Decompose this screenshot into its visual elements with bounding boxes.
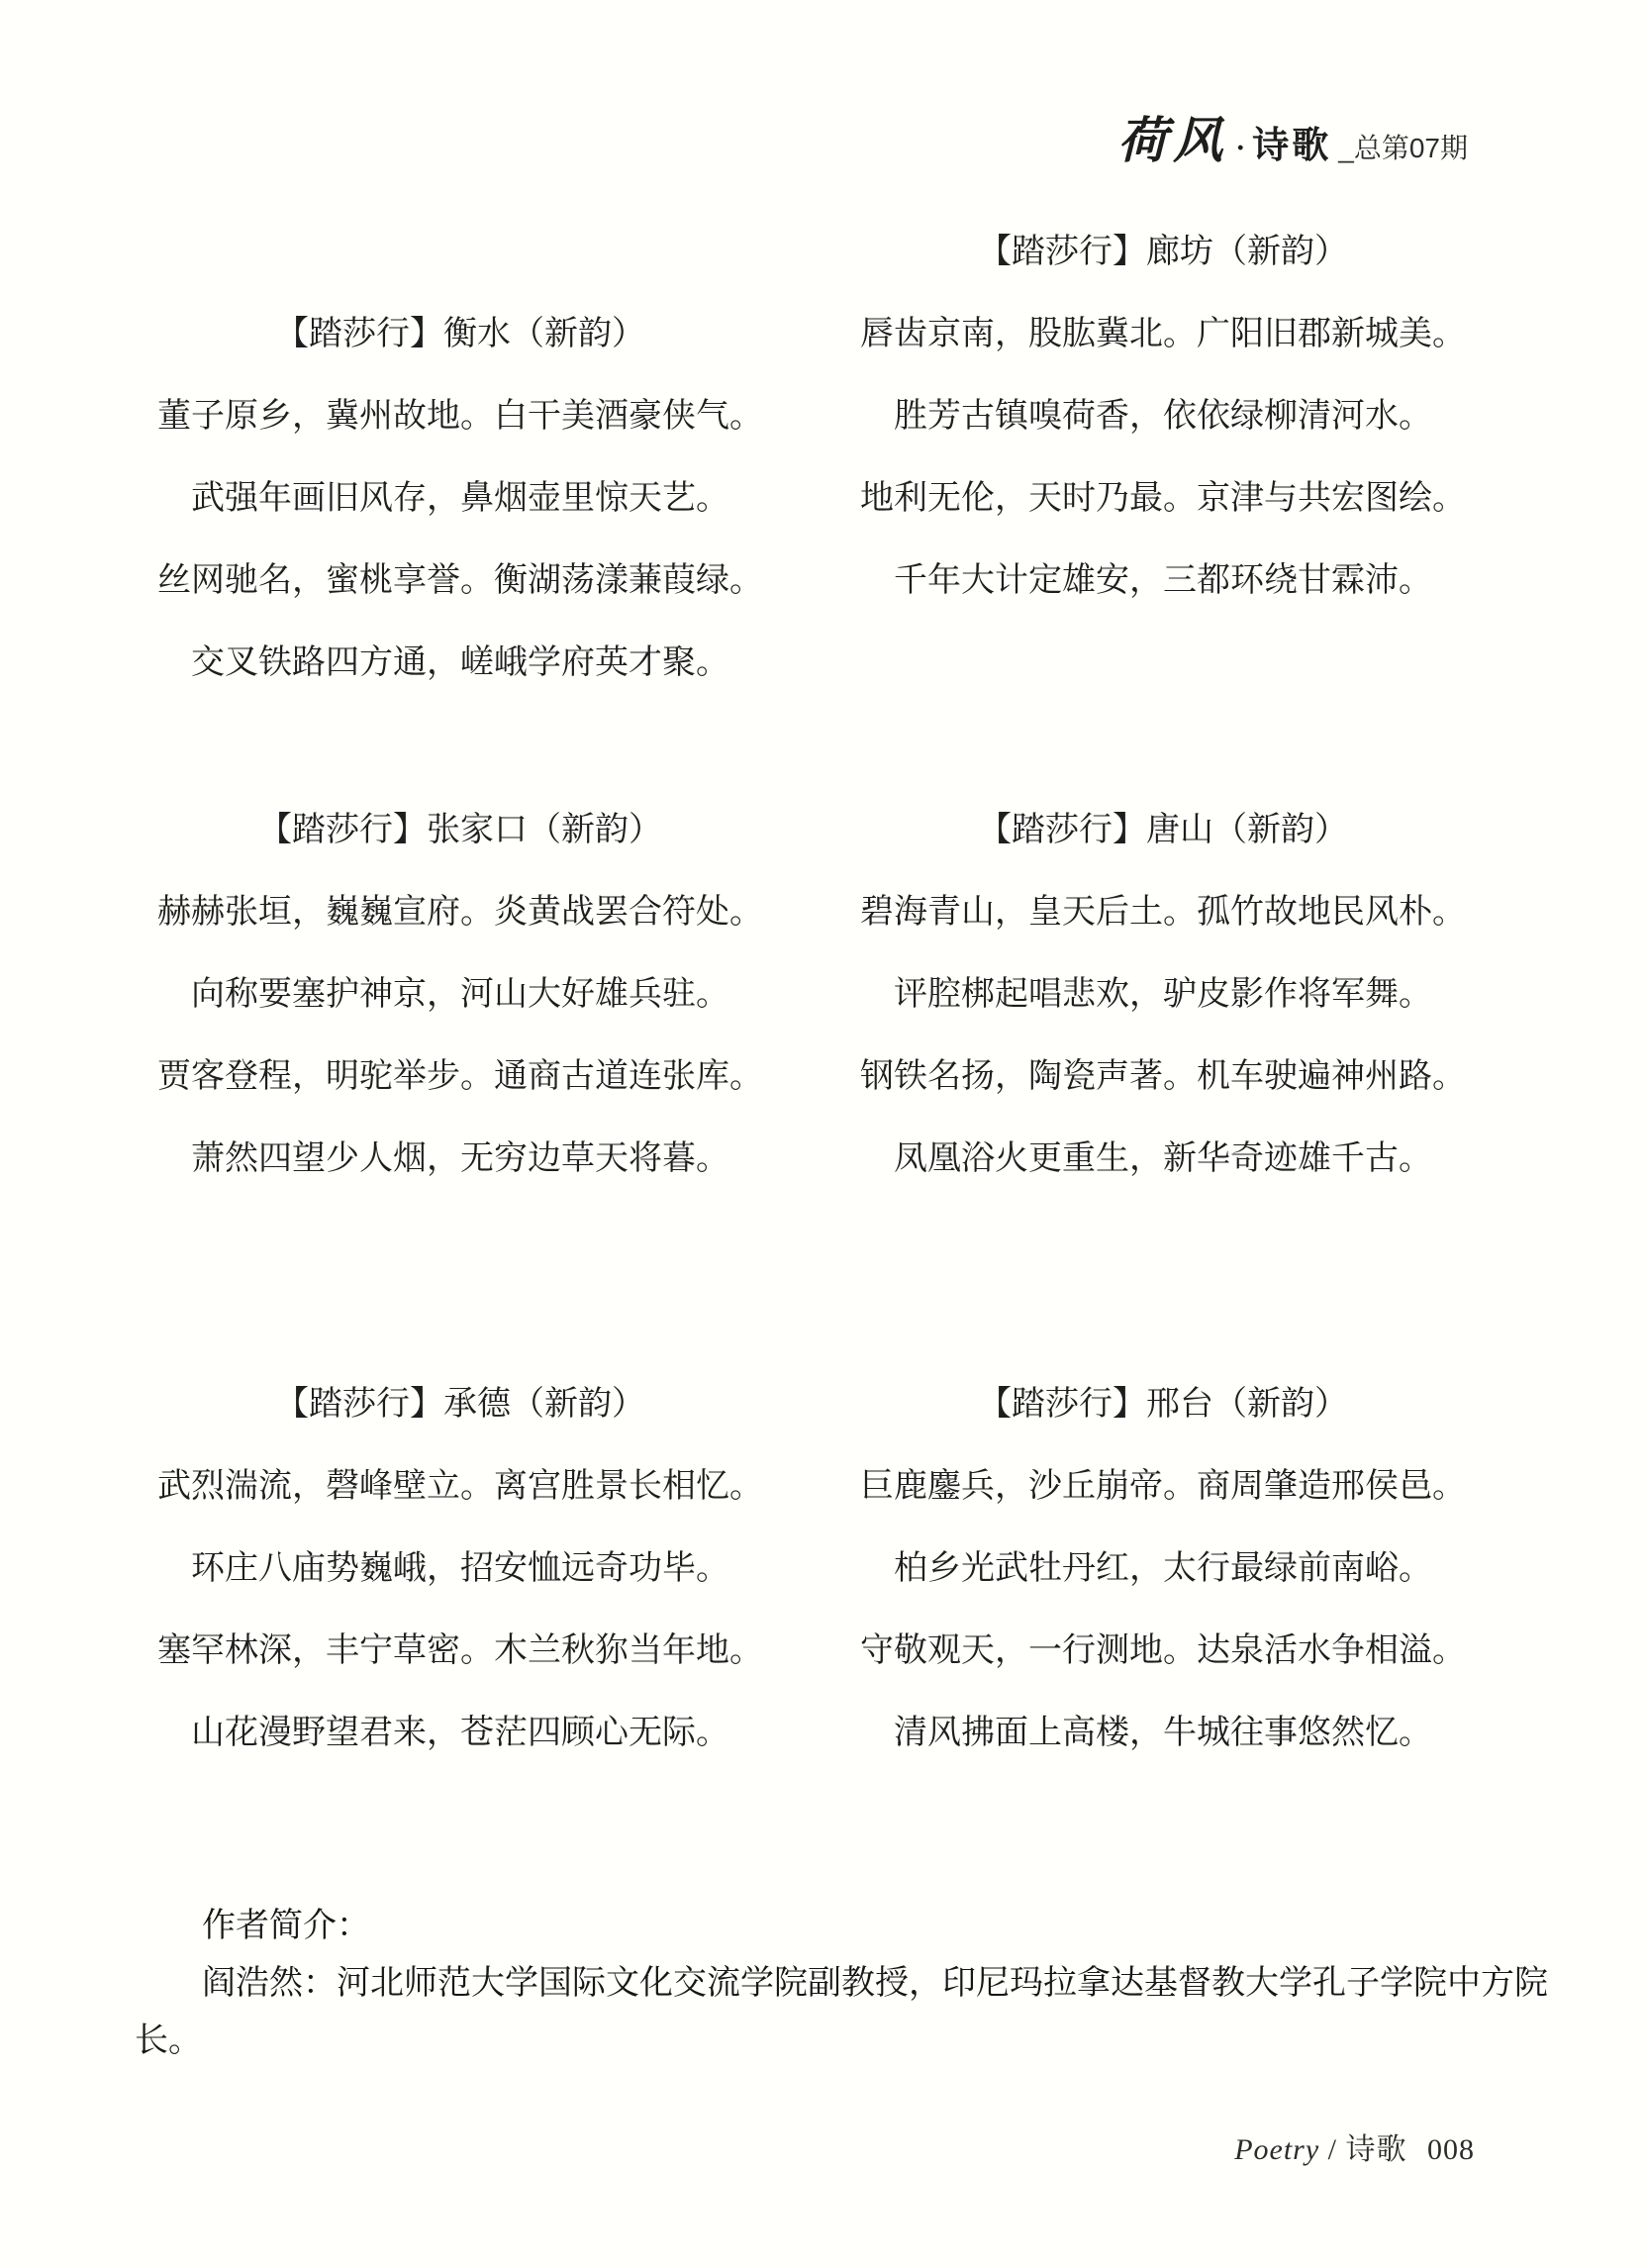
poem-line: 武烈湍流，磬峰壁立。离宫胜景长相忆。 <box>139 1445 782 1528</box>
poem-line: 碧海青山，皇天后土。孤竹故地民风朴。 <box>846 871 1480 953</box>
poem-line: 唇齿京南，股肱冀北。广阳旧郡新城美。 <box>846 293 1480 375</box>
poem-line: 清风拂面上高楼，牛城往事悠然忆。 <box>846 1692 1480 1774</box>
poem-line: 凤凰浴火更重生，新华奇迹雄千古。 <box>846 1118 1480 1200</box>
masthead-issue-number: _总第07期 <box>1338 127 1468 166</box>
page-footer: Poetry / 诗歌 008 <box>1234 2124 1475 2168</box>
poem-langfang: 【踏莎行】廊坊（新韵） 唇齿京南，股肱冀北。广阳旧郡新城美。 胜芳古镇嗅荷香，依… <box>846 211 1480 622</box>
poem-line: 柏乡光武牡丹红，太行最绿前南峪。 <box>846 1528 1480 1610</box>
author-bio: 作者简介： 阎浩然：河北师范大学国际文化交流学院副教授，印尼玛拉拿达基督教大学孔… <box>135 1897 1572 2069</box>
footer-separator: / <box>1328 2133 1337 2166</box>
poem-line: 赫赫张垣，巍巍宣府。炎黄战罢合符处。 <box>139 871 782 953</box>
author-bio-text: 阎浩然：河北师范大学国际文化交流学院副教授，印尼玛拉拿达基督教大学孔子学院中方院… <box>135 1954 1572 2069</box>
poem-zhangjiakou: 【踏莎行】张家口（新韵） 赫赫张垣，巍巍宣府。炎黄战罢合符处。 向称要塞护神京，… <box>139 789 782 1200</box>
masthead-dot: · <box>1235 132 1245 165</box>
poem-line: 评腔梆起唱悲欢，驴皮影作将军舞。 <box>846 953 1480 1035</box>
poem-chengde: 【踏莎行】承德（新韵） 武烈湍流，磬峰壁立。离宫胜景长相忆。 环庄八庙势巍峨，招… <box>139 1363 782 1774</box>
footer-poetry-label: Poetry <box>1234 2133 1319 2166</box>
poem-line: 钢铁名扬，陶瓷声著。机车驶遍神州路。 <box>846 1035 1480 1118</box>
poem-title: 【踏莎行】邢台（新韵） <box>846 1363 1480 1445</box>
footer-section-label: 诗歌 <box>1346 2133 1407 2166</box>
poem-line: 千年大计定雄安，三都环绕甘霖沛。 <box>846 540 1480 622</box>
author-bio-heading: 作者简介： <box>135 1897 1572 1954</box>
poem-title: 【踏莎行】张家口（新韵） <box>139 789 782 871</box>
poem-line: 塞罕林深，丰宁草密。木兰秋狝当年地。 <box>139 1610 782 1692</box>
poem-line: 守敬观天，一行测地。达泉活水争相溢。 <box>846 1610 1480 1692</box>
poem-title: 【踏莎行】廊坊（新韵） <box>846 211 1480 293</box>
masthead-section: 诗歌 <box>1252 115 1331 168</box>
poem-line: 向称要塞护神京，河山大好雄兵驻。 <box>139 953 782 1035</box>
poem-line: 环庄八庙势巍峨，招安恤远奇功毕。 <box>139 1528 782 1610</box>
footer-page-number: 008 <box>1427 2133 1475 2166</box>
poem-line: 萧然四望少人烟，无穷边草天将暮。 <box>139 1118 782 1200</box>
poem-title: 【踏莎行】承德（新韵） <box>139 1363 782 1445</box>
poem-line: 地利无伦，天时乃最。京津与共宏图绘。 <box>846 457 1480 540</box>
masthead: 荷风 · 诗歌 _总第07期 <box>1117 101 1468 172</box>
poem-hengshui: 【踏莎行】衡水（新韵） 董子原乡，冀州故地。白干美酒豪侠气。 武强年画旧风存，鼻… <box>139 293 782 704</box>
poem-line: 贾客登程，明驼举步。通商古道连张库。 <box>139 1035 782 1118</box>
poem-line: 山花漫野望君来，苍茫四顾心无际。 <box>139 1692 782 1774</box>
poem-title: 【踏莎行】唐山（新韵） <box>846 789 1480 871</box>
poem-line: 胜芳古镇嗅荷香，依依绿柳清河水。 <box>846 375 1480 457</box>
magazine-logo: 荷风 <box>1117 101 1228 172</box>
poem-xingtai: 【踏莎行】邢台（新韵） 巨鹿鏖兵，沙丘崩帝。商周肇造邢侯邑。 柏乡光武牡丹红，太… <box>846 1363 1480 1774</box>
poem-title: 【踏莎行】衡水（新韵） <box>139 293 782 375</box>
poem-tangshan: 【踏莎行】唐山（新韵） 碧海青山，皇天后土。孤竹故地民风朴。 评腔梆起唱悲欢，驴… <box>846 789 1480 1200</box>
poem-line: 巨鹿鏖兵，沙丘崩帝。商周肇造邢侯邑。 <box>846 1445 1480 1528</box>
poem-line: 董子原乡，冀州故地。白干美酒豪侠气。 <box>139 375 782 457</box>
magazine-page: 荷风 · 诗歌 _总第07期 【踏莎行】廊坊（新韵） 唇齿京南，股肱冀北。广阳旧… <box>0 0 1646 2268</box>
poem-line: 武强年画旧风存，鼻烟壶里惊天艺。 <box>139 457 782 540</box>
poem-line: 丝网驰名，蜜桃享誉。衡湖荡漾蒹葭绿。 <box>139 540 782 622</box>
poem-line: 交叉铁路四方通，嵯峨学府英才聚。 <box>139 622 782 704</box>
